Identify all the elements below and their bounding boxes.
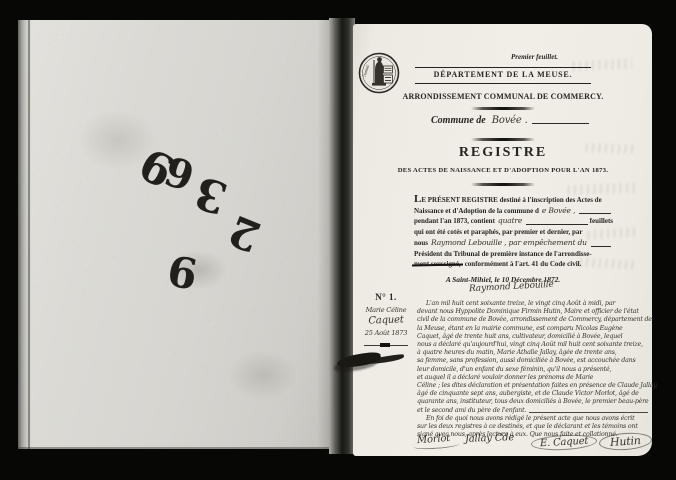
paper-grain-texture <box>18 20 335 449</box>
preamble-line: pendant l'an 1873, contient <box>414 216 495 227</box>
archival-number-digit: 2 <box>223 208 266 258</box>
act-line: sa femme, sans profession, aussi domicil… <box>417 357 636 365</box>
ruled-fill-line <box>579 213 611 214</box>
preamble-line: LE PRÉSENT REGISTRE destiné à l'inscript… <box>414 194 602 206</box>
ruled-fill-line <box>532 123 589 124</box>
header-rule <box>415 67 591 68</box>
archival-number-digit: 9 <box>165 248 201 294</box>
ornamental-divider <box>471 183 535 186</box>
act-line: et le second ami du père de l'enfant. <box>417 407 526 415</box>
handwritten-insert: e Bovée , <box>542 206 575 217</box>
closing-fill-line <box>529 412 648 413</box>
commune-label: Commune de <box>431 115 486 126</box>
act-line: à quatre heures du matin, Marie Athalie … <box>417 349 617 357</box>
act-line: civil de la commune de Bovée, arrondisse… <box>417 316 652 324</box>
act-margin: N° 1. Marie Céline Caquet 25 Août 1873 <box>357 292 415 346</box>
preamble-line: conformément à l'art. 41 du Code civil. <box>465 259 582 270</box>
preamble-line: feuillets <box>590 216 613 227</box>
preamble-line: nous <box>414 238 428 249</box>
witness-signature: Jallay Cde <box>465 432 514 445</box>
act-number: N° 1. <box>357 292 415 302</box>
ornamental-divider <box>471 107 535 110</box>
margin-child-surname: Caquet <box>357 314 415 327</box>
commune-line: Commune de Bovée . <box>431 115 591 126</box>
ornamental-divider <box>471 138 535 141</box>
act-line: leur domicile, d'un enfant du sexe fémin… <box>417 366 611 374</box>
page-edge-line <box>18 447 335 449</box>
act-line: Caquet, âgé de trente huit ans, cultivat… <box>417 333 622 341</box>
sheet-number-note: Premier feuillet. <box>511 53 558 61</box>
act-line: nous a déclaré qu'aujourd'hui, vingt cin… <box>417 341 643 349</box>
revenue-stamp-icon: TIMBRE <box>357 50 401 96</box>
preamble-line: Naissance et d'Adoption de la commune d <box>414 206 539 217</box>
book-gutter <box>329 18 355 454</box>
act-line: la Meuse, étant en la mairie commune, es… <box>417 325 623 333</box>
page-edge-line <box>28 20 30 449</box>
ruled-fill-line <box>591 246 611 247</box>
printed-preamble: LE PRÉSENT REGISTRE destiné à l'inscript… <box>414 194 613 270</box>
register-title: REGISTRE <box>403 145 603 161</box>
act-line: devant nous Hyppolite Dominique Firmin H… <box>417 308 639 316</box>
birth-act-text: L'an mil huit cent soixante treize, le v… <box>417 300 648 439</box>
left-page: 9 6 3 2 9 <box>18 20 335 449</box>
arrondissement-title: ARRONDISSEMENT COMMUNAL DE COMMERCY. <box>391 92 615 101</box>
act-line: En foi de quoi nous avons rédigé le prés… <box>417 415 634 423</box>
handwritten-insert: Raymond Lebouille , par empêchement du <box>431 238 587 249</box>
act-line: L'an mil huit cent soixante treize, le v… <box>417 300 615 308</box>
register-scan: 9 6 3 2 9 <box>0 0 676 480</box>
struck-text: ment soussigné, <box>414 259 461 270</box>
margin-child-firstnames: Marie Céline <box>357 306 415 314</box>
right-page: TIMBRE Premier feuillet. DÉPARTEMENT DE … <box>353 24 652 456</box>
margin-ornament <box>364 345 408 346</box>
handwritten-insert: quatre <box>498 216 522 227</box>
header-rule <box>415 83 591 84</box>
act-line: quarante ans, instituteur, tous deux dom… <box>417 398 649 406</box>
register-subtitle: DES ACTES DE NAISSANCE ET D'ADOPTION POU… <box>393 167 613 174</box>
department-title: DÉPARTEMENT DE LA MEUSE. <box>403 70 603 79</box>
act-line: et auquel il a déclaré vouloir donner le… <box>417 374 593 382</box>
paper-stain <box>228 350 298 400</box>
preamble-line: qui ont été cotés et paraphés, par premi… <box>414 227 583 238</box>
margin-act-date: 25 Août 1873 <box>357 329 415 337</box>
act-line: Céline ; les dites déclaration et présen… <box>417 382 658 390</box>
preamble-line: Président du Tribunal de première instan… <box>414 249 592 260</box>
commune-name-handwritten: Bovée . <box>492 115 528 126</box>
witness-signature: Morlot <box>417 433 451 446</box>
act-line: sur les deux registres à ce destinés, et… <box>417 423 638 431</box>
archival-number-digit: 3 <box>190 168 232 219</box>
act-line: âgé de cinquante sept ans, aubergiste, e… <box>417 390 639 398</box>
ruled-fill-line <box>526 224 588 225</box>
